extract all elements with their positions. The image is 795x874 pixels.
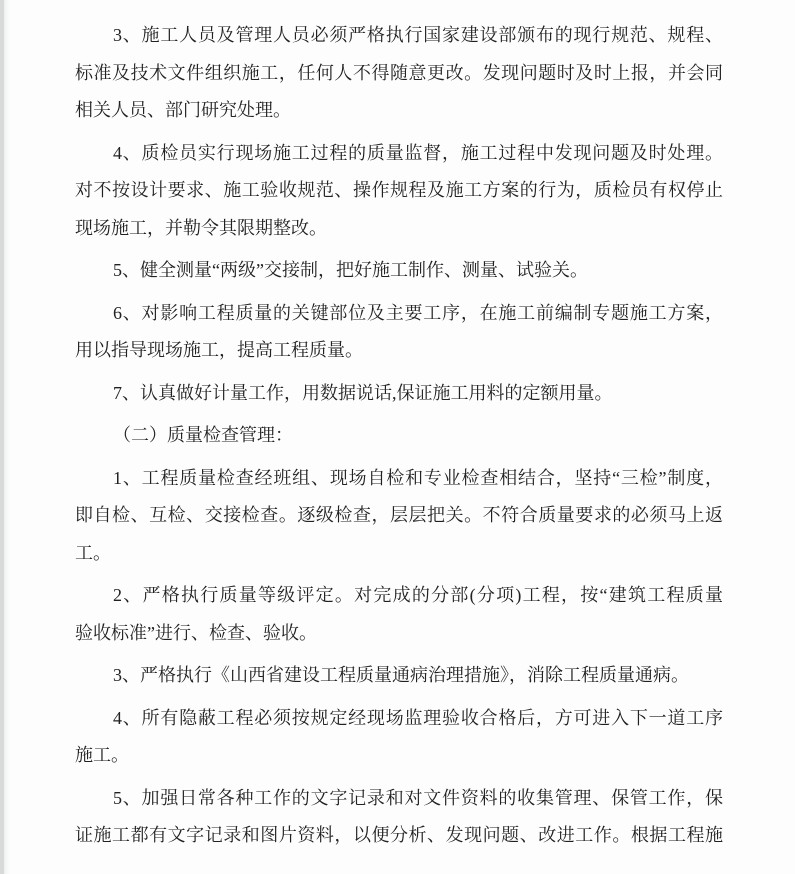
text-line: 用以指导现场施工，提高工程质量。 (75, 332, 723, 370)
paragraph-inspection-5: 5、加强日常各种工作的文字记录和对文件资料的收集管理、保管工作，保 证施工都有文… (75, 780, 723, 855)
text-line: 1、工程质量检查经班组、现场自检和专业检查相结合，坚持“三检”制度， (75, 460, 723, 498)
paragraph-inspection-2: 2、严格执行质量等级评定。对完成的分部(分项)工程，按“建筑工程质量 验收标准”… (75, 577, 723, 652)
text-line: 证施工都有文字记录和图片资料，以便分析、发现问题、改进工作。根据工程施 (75, 817, 723, 855)
text-line: 工。 (75, 535, 723, 573)
text-line: 现场施工，并勒令其限期整改。 (75, 210, 723, 248)
paragraph-rule-5: 5、健全测量“两级”交接制，把好施工制作、测量、试验关。 (75, 252, 723, 290)
text-line: 相关人员、部门研究处理。 (75, 92, 723, 130)
document-page: 3、施工人员及管理人员必须严格执行国家建设部颁布的现行规范、规程、 标准及技术文… (0, 0, 795, 874)
paragraph-rule-4: 4、质检员实行现场施工过程的质量监督，施工过程中发现问题及时处理。 对不按设计要… (75, 135, 723, 248)
text-line: 5、加强日常各种工作的文字记录和对文件资料的收集管理、保管工作，保 (75, 780, 723, 818)
text-line: 6、对影响工程质量的关键部位及主要工序，在施工前编制专题施工方案， (75, 295, 723, 333)
section-heading-line: （二）质量检查管理： (75, 417, 723, 455)
text-line: 7、认真做好计量工作，用数据说话,保证施工用料的定额用量。 (75, 375, 723, 413)
paragraph-inspection-4: 4、所有隐蔽工程必须按规定经现场监理验收合格后，方可进入下一道工序 施工。 (75, 700, 723, 775)
text-line: 4、所有隐蔽工程必须按规定经现场监理验收合格后，方可进入下一道工序 (75, 700, 723, 738)
text-line: 3、严格执行《山西省建设工程质量通病治理措施》，消除工程质量通病。 (75, 657, 723, 695)
text-line: 3、施工人员及管理人员必须严格执行国家建设部颁布的现行规范、规程、 (75, 17, 723, 55)
text-line: 4、质检员实行现场施工过程的质量监督，施工过程中发现问题及时处理。 (75, 135, 723, 173)
text-line: 标准及技术文件组织施工，任何人不得随意更改。发现问题时及时上报，并会同 (75, 55, 723, 93)
paragraph-rule-7: 7、认真做好计量工作，用数据说话,保证施工用料的定额用量。 (75, 375, 723, 413)
paragraph-inspection-1: 1、工程质量检查经班组、现场自检和专业检查相结合，坚持“三检”制度， 即自检、互… (75, 460, 723, 573)
text-line: 验收标准”进行、检查、验收。 (75, 615, 723, 653)
paragraph-rule-6: 6、对影响工程质量的关键部位及主要工序，在施工前编制专题施工方案， 用以指导现场… (75, 295, 723, 370)
text-line: 即自检、互检、交接检查。逐级检查，层层把关。不符合质量要求的必须马上返 (75, 497, 723, 535)
paragraph-rule-3: 3、施工人员及管理人员必须严格执行国家建设部颁布的现行规范、规程、 标准及技术文… (75, 17, 723, 130)
text-line: 2、严格执行质量等级评定。对完成的分部(分项)工程，按“建筑工程质量 (75, 577, 723, 615)
page-edge-strip (0, 0, 10, 874)
paragraph-inspection-3: 3、严格执行《山西省建设工程质量通病治理措施》，消除工程质量通病。 (75, 657, 723, 695)
document-content: 3、施工人员及管理人员必须严格执行国家建设部颁布的现行规范、规程、 标准及技术文… (75, 17, 723, 860)
text-line: 对不按设计要求、施工验收规范、操作规程及施工方案的行为，质检员有权停止 (75, 172, 723, 210)
section-heading-quality-inspection: （二）质量检查管理： (75, 417, 723, 455)
text-line: 5、健全测量“两级”交接制，把好施工制作、测量、试验关。 (75, 252, 723, 290)
text-line: 施工。 (75, 737, 723, 775)
